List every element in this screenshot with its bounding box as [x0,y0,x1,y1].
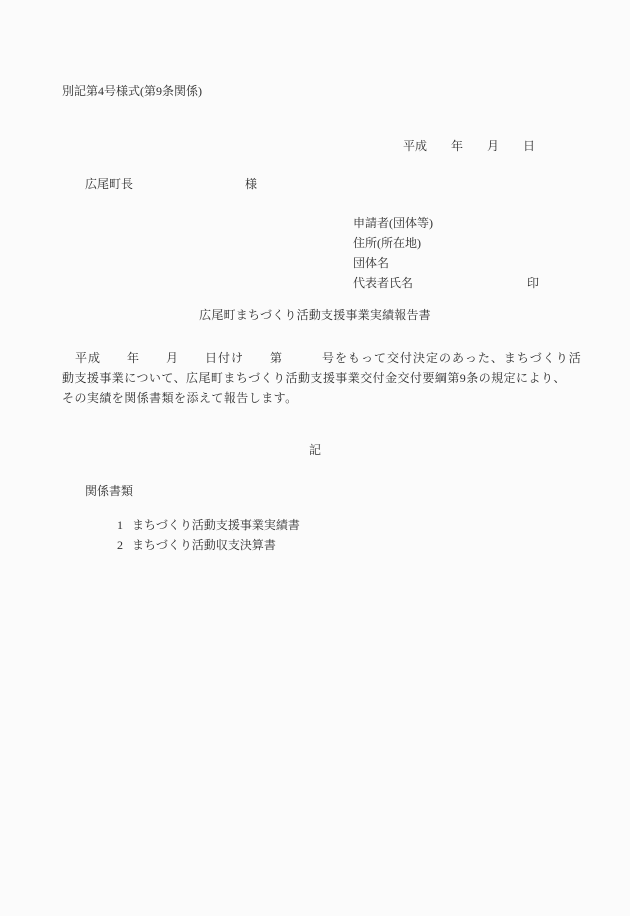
applicant-heading: 申請者(団体等) [353,216,433,230]
form-number-label: 別記第4号様式(第9条関係) [62,84,202,98]
record-marker: 記 [0,443,630,457]
body-paragraph-line: 動支援事業について、広尾町まちづくり活動支援事業交付金交付要綱第9条の規定により… [62,371,566,385]
attachment-item: 2まちづくり活動収支決算書 [105,524,276,566]
applicant-organization-label: 団体名 [353,256,389,270]
seal-mark: 印 [527,276,539,290]
document-page: 別記第4号様式(第9条関係) 平成 年 月 日 広尾町長 様 申請者(団体等) … [0,0,630,916]
attachments-heading: 関係書類 [85,484,133,498]
attachment-label: まちづくり活動収支決算書 [132,538,276,552]
addressee-name: 広尾町長 [85,177,133,191]
document-title: 広尾町まちづくり活動支援事業実績報告書 [0,308,630,322]
applicant-address-label: 住所(所在地) [353,236,421,250]
attachment-number: 2 [117,538,123,552]
applicant-representative-label: 代表者氏名 [353,276,413,290]
body-paragraph-line: 平成 年 月 日付け 第 号をもって交付決定のあった、まちづくり活 [62,351,582,365]
issue-date-line: 平成 年 月 日 [403,139,535,153]
body-paragraph-line: その実績を関係書類を添えて報告します。 [62,391,298,405]
addressee-honorific: 様 [245,177,257,191]
